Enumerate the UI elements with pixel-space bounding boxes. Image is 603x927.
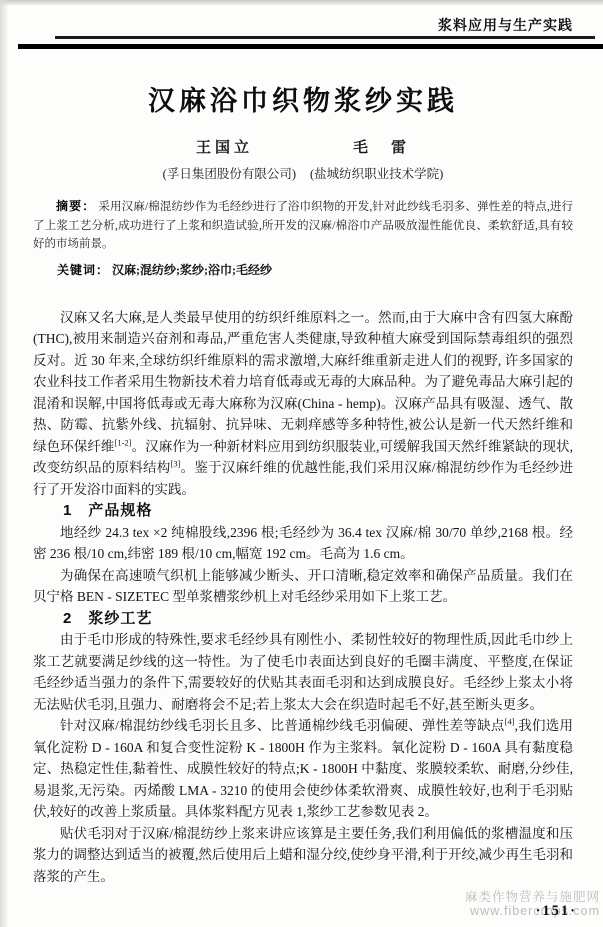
affiliation: (盐城纺织职业技术学院) bbox=[310, 164, 443, 182]
abstract-paragraph: 摘要： 采用汉麻/棉混纺纱作为毛经纱进行了浴巾织物的开发,针对此纱线毛羽多、弹性… bbox=[33, 197, 573, 254]
article-title: 汉麻浴巾织物浆纱实践 bbox=[33, 79, 573, 118]
author-name: 王国立 bbox=[196, 136, 253, 157]
section2-paragraph: 贴伏毛羽对于汉麻/棉混纺纱上浆来讲应该算是主要任务,我们利用偏低的浆槽温度和压浆… bbox=[33, 823, 573, 888]
keywords-paragraph: 关键词： 汉麻;混纺纱;浆纱;浴巾;毛经纱 bbox=[33, 261, 573, 280]
site-watermark: 麻类作物营养与施肥网 www.fibercrops.com bbox=[465, 891, 600, 918]
section2-paragraph: 由于毛巾形成的特殊性,要求毛经纱具有刚性小、柔韧性较好的物理性质,因此毛巾纱上浆… bbox=[33, 629, 573, 715]
page-content: 浆料应用与生产实践 汉麻浴巾织物浆纱实践 王国立 毛 雷 (孚日集团股份有限公司… bbox=[0, 0, 603, 887]
affiliation: (孚日集团股份有限公司) bbox=[163, 164, 296, 182]
watermark-line1: 麻类作物营养与施肥网 bbox=[465, 891, 600, 905]
section1-paragraph: 为确保在高速喷气织机上能够减少断头、开口清晰,稳定效率和确保产品质量。我们在贝宁… bbox=[33, 565, 573, 608]
affiliation-row: (孚日集团股份有限公司) (盐城纺织职业技术学院) bbox=[33, 164, 573, 182]
author-row: 王国立 毛 雷 bbox=[33, 136, 573, 157]
abstract-text: 采用汉麻/棉混纺纱作为毛经纱进行了浴巾织物的开发,针对此纱线毛羽多、弹性差的特点… bbox=[33, 201, 573, 250]
author-name: 毛 雷 bbox=[353, 136, 410, 157]
section-heading-1: 1 产品规格 bbox=[33, 500, 573, 522]
journal-section-header: 浆料应用与生产实践 bbox=[33, 0, 573, 35]
scanned-paper-page: 浆料应用与生产实践 汉麻浴巾织物浆纱实践 王国立 毛 雷 (孚日集团股份有限公司… bbox=[0, 0, 603, 927]
keywords-label: 关键词： bbox=[57, 263, 109, 277]
abstract-label: 摘要： bbox=[56, 199, 95, 213]
section-heading-2: 2 浆纱工艺 bbox=[33, 608, 573, 630]
section2-paragraph: 针对汉麻/棉混纺纱线毛羽长且多、比普通棉纱线毛羽偏硬、弹性差等缺点[4],我们选… bbox=[33, 715, 573, 823]
keywords-text: 汉麻;混纺纱;浆纱;浴巾;毛经纱 bbox=[112, 263, 272, 277]
abstract-block: 摘要： 采用汉麻/棉混纺纱作为毛经纱进行了浴巾织物的开发,针对此纱线毛羽多、弹性… bbox=[33, 197, 573, 280]
page-number: ·151· bbox=[536, 903, 577, 920]
article-body: 汉麻又名大麻,是人类最早使用的纺织纤维原料之一。然而,由于大麻中含有四氢大麻酚(… bbox=[33, 307, 573, 888]
watermark-line2: www.fibercrops.com bbox=[465, 905, 600, 919]
intro-paragraph: 汉麻又名大麻,是人类最早使用的纺织纤维原料之一。然而,由于大麻中含有四氢大麻酚(… bbox=[33, 307, 573, 501]
section1-paragraph: 地经纱 24.3 tex ×2 纯棉股线,2396 根;毛经纱为 36.4 te… bbox=[33, 522, 573, 565]
